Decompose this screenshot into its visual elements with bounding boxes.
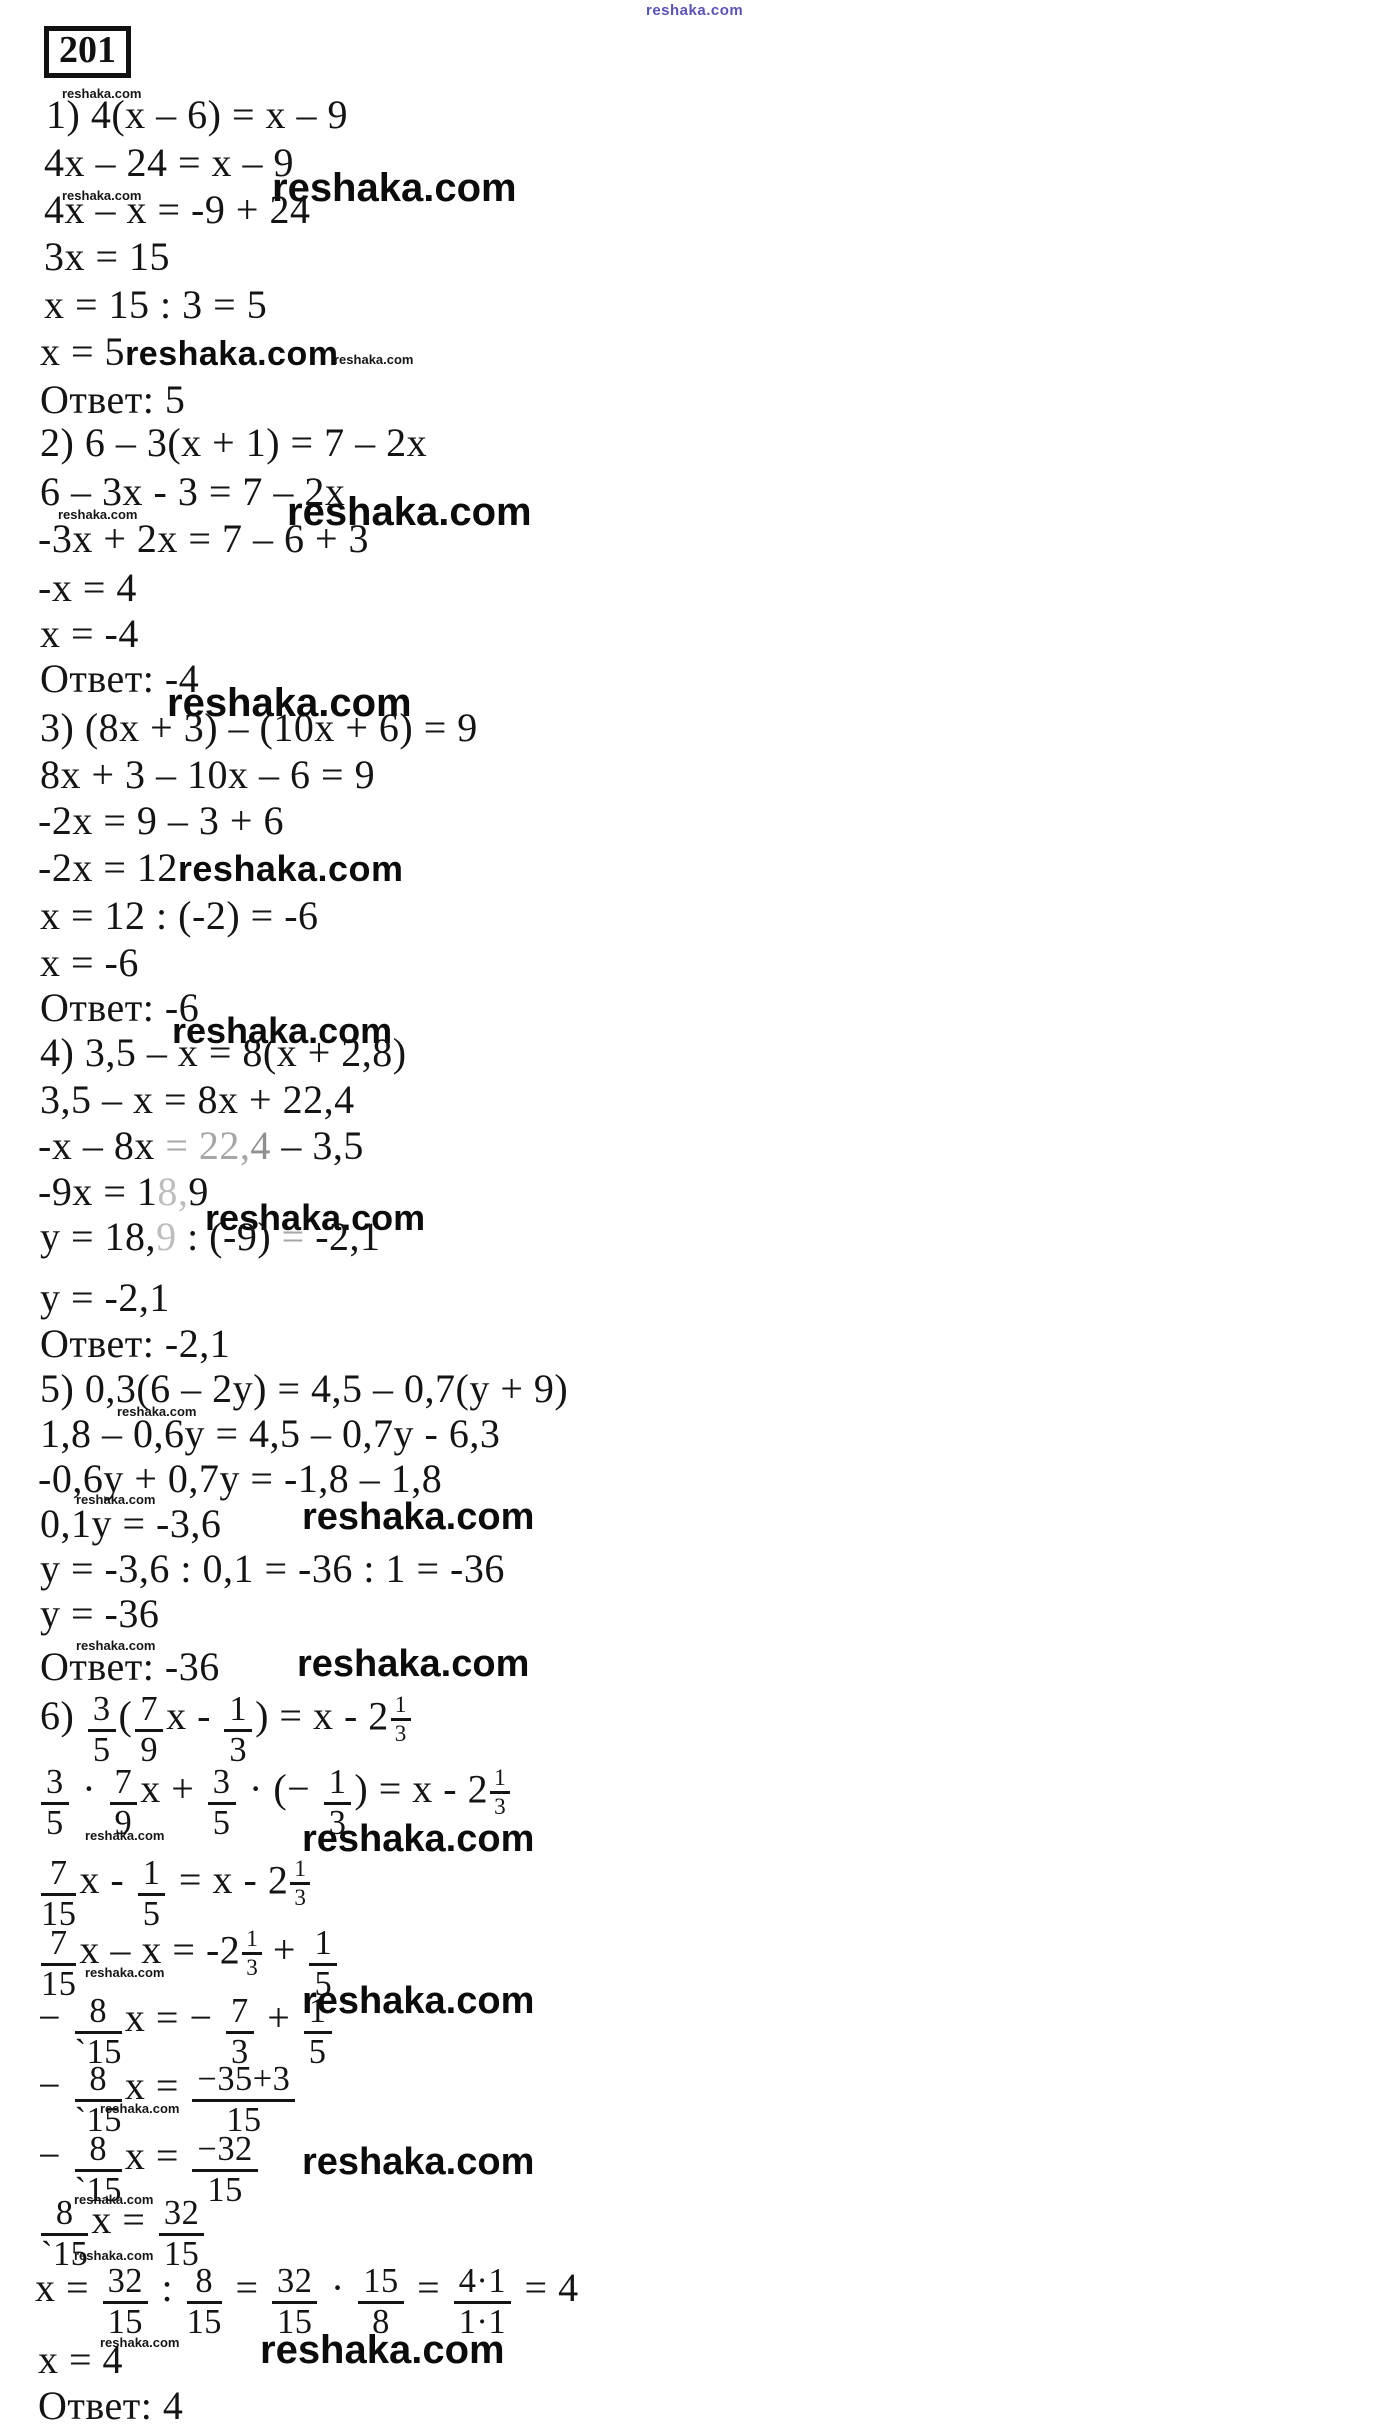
- math-text: 3x = 15: [44, 234, 170, 279]
- math-line: x = 4: [38, 2338, 123, 2381]
- watermark-top: reshaka.com: [646, 2, 743, 19]
- math-text: – 3,5: [271, 1123, 364, 1168]
- math-text: ) = x -: [354, 1766, 467, 1811]
- math-text: 3,5 – x = 8x + 22,4: [40, 1077, 355, 1122]
- watermark-small: reshaka.com: [85, 1828, 165, 1843]
- math-line: − 8`15x = − 73 + 15: [38, 1994, 335, 2071]
- mixed-number: 213: [220, 1927, 263, 1981]
- mixed-number-whole: 2: [220, 1927, 241, 1972]
- math-text: 8x + 3 – 10x – 6 = 9: [40, 752, 375, 797]
- math-text: −: [38, 1995, 72, 2040]
- math-text: =: [407, 2265, 451, 2310]
- document-page: reshaka.com 201 reshaka.com1) 4(x – 6) =…: [0, 0, 1392, 2435]
- math-line: -9x = 18,9: [38, 1170, 209, 1213]
- math-line: 4x – x = -9 + 24: [44, 188, 310, 231]
- math-text: 9: [156, 1214, 177, 1259]
- mixed-number-whole: 2: [468, 1766, 489, 1811]
- fraction: 15: [304, 1994, 332, 2071]
- math-line: x = -6: [40, 941, 139, 984]
- math-text: x = −: [125, 1995, 223, 2040]
- math-line: -3x + 2x = 7 – 6 + 3: [38, 517, 369, 560]
- math-text: 4: [250, 1123, 271, 1168]
- fraction: 35: [41, 1765, 69, 1842]
- math-text: −: [38, 2063, 72, 2108]
- math-text: = x -: [168, 1857, 267, 1902]
- fraction: 13: [224, 1692, 252, 1769]
- math-text: x = 12 : (-2) = -6: [40, 893, 319, 938]
- math-text: =: [225, 2265, 269, 2310]
- math-text: -9x = 1: [38, 1169, 157, 1214]
- math-line: y = -3,6 : 0,1 = -36 : 1 = -36: [40, 1547, 505, 1590]
- math-text: ·: [72, 1766, 107, 1811]
- math-text: -2,1: [305, 1214, 381, 1259]
- math-text: Ответ: 4: [38, 2383, 183, 2428]
- mixed-number: 213: [468, 1766, 511, 1820]
- math-line: -x = 4: [38, 566, 137, 609]
- math-line: 3,5 – x = 8x + 22,4: [40, 1078, 355, 1121]
- math-text: = 22,: [165, 1123, 250, 1168]
- watermark-small: reshaka.com: [334, 352, 414, 367]
- math-text: =: [282, 1214, 305, 1259]
- fraction: 3215: [103, 2264, 148, 2341]
- fraction: 13: [490, 1766, 510, 1820]
- math-line: 8x + 3 – 10x – 6 = 9: [40, 753, 375, 796]
- math-line: -2x = 12reshaka.com: [38, 846, 404, 889]
- math-text: 6): [40, 1693, 85, 1738]
- watermark-bold: reshaka.com: [260, 2330, 505, 2370]
- math-line: 4x – 24 = x – 9: [44, 141, 294, 184]
- math-text: x -: [79, 1857, 134, 1902]
- math-text: Ответ: 5: [40, 377, 185, 422]
- math-line: x = 5reshaka.com: [40, 330, 338, 373]
- math-line: y = -2,1: [40, 1276, 170, 1319]
- fraction: −35+315: [192, 2062, 295, 2139]
- mixed-number: 213: [268, 1857, 311, 1911]
- math-text: -2x = 9 – 3 + 6: [38, 798, 284, 843]
- math-text: 8,: [157, 1169, 188, 1214]
- math-text: · (−: [239, 1766, 321, 1811]
- problem-number-badge: 201: [44, 26, 131, 78]
- mixed-number-whole: 2: [368, 1693, 389, 1738]
- math-text: +: [262, 1927, 306, 1972]
- watermark-small: reshaka.com: [85, 1965, 165, 1980]
- watermark-small: reshaka.com: [74, 2248, 154, 2263]
- math-text: x +: [140, 1766, 205, 1811]
- fraction: 715: [41, 1926, 76, 2003]
- answer-line-6: Ответ: 4: [38, 2384, 183, 2427]
- math-text: 1,8 – 0,6y = 4,5 – 0,7y - 6,3: [40, 1411, 500, 1456]
- math-text: y = -3,6 : 0,1 = -36 : 1 = -36: [40, 1546, 505, 1591]
- math-text: x =: [91, 2197, 156, 2242]
- watermark-bold: reshaka.com: [297, 1645, 529, 1683]
- math-text: Ответ: -2,1: [40, 1321, 230, 1366]
- watermark-bold: reshaka.com: [302, 1498, 534, 1536]
- math-text: 3) (8x + 3) – (10x + 6) = 9: [40, 705, 478, 750]
- math-line: x = -4: [40, 612, 139, 655]
- math-text: -2x = 12: [38, 845, 178, 890]
- math-line-eq6-given: 6) 35(79x - 13) = x - 213: [40, 1692, 411, 1769]
- mixed-number: 213: [368, 1693, 411, 1747]
- math-text: :: [151, 2265, 184, 2310]
- math-text: 0,1y = -3,6: [40, 1501, 221, 1546]
- math-text: : (-9): [177, 1214, 282, 1259]
- fraction: 13: [242, 1927, 262, 1981]
- answer-line-5: Ответ: -36: [40, 1645, 220, 1688]
- math-text: 4x – 24 = x – 9: [44, 140, 294, 185]
- math-text: 2) 6 – 3(x + 1) = 7 – 2x: [40, 420, 427, 465]
- watermark-bold: reshaka.com: [302, 2143, 534, 2181]
- math-text: ·: [320, 2265, 355, 2310]
- math-line-eq2-given: 2) 6 – 3(x + 1) = 7 – 2x: [40, 421, 427, 464]
- fraction: 15: [138, 1856, 166, 1933]
- math-line: x = 12 : (-2) = -6: [40, 894, 319, 937]
- math-text: x = 15 : 3 = 5: [44, 282, 267, 327]
- watermark-inline: reshaka.com: [125, 335, 338, 373]
- math-text: = 4: [514, 2265, 579, 2310]
- math-line: 715x – x = -213 + 15: [38, 1926, 340, 2003]
- watermark-small: reshaka.com: [100, 2101, 180, 2116]
- fraction: 13: [290, 1857, 310, 1911]
- math-line: 0,1y = -3,6: [40, 1502, 221, 1545]
- math-text: 4x – x = -9 + 24: [44, 187, 310, 232]
- math-text: 4) 3,5 – x = 8(x + 2,8): [40, 1030, 407, 1075]
- math-text: y = 18,: [40, 1214, 156, 1259]
- fraction: 815: [187, 2264, 222, 2341]
- math-line-eq1-given: 1) 4(x – 6) = x – 9: [46, 93, 348, 136]
- watermark-bold: reshaka.com: [302, 1820, 534, 1858]
- math-text: x = -6: [40, 940, 139, 985]
- math-text: Ответ: -36: [40, 1644, 220, 1689]
- math-line: -2x = 9 – 3 + 6: [38, 799, 284, 842]
- fraction: 13: [391, 1693, 411, 1747]
- answer-line-1: Ответ: 5: [40, 378, 185, 421]
- math-line: x = 15 : 3 = 5: [44, 283, 267, 326]
- math-text: ) = x -: [255, 1693, 368, 1738]
- math-line-eq4-given: 4) 3,5 – x = 8(x + 2,8): [40, 1031, 407, 1074]
- math-text: -x – 8x: [38, 1123, 165, 1168]
- fraction: 79: [135, 1692, 163, 1769]
- fraction: 35: [88, 1692, 116, 1769]
- fraction: 35: [208, 1765, 236, 1842]
- answer-line-4: Ответ: -2,1: [40, 1322, 230, 1365]
- math-text: -x = 4: [38, 565, 137, 610]
- math-line: y = -36: [40, 1592, 159, 1635]
- math-text: -3x + 2x = 7 – 6 + 3: [38, 516, 369, 561]
- math-text: +: [257, 1995, 301, 2040]
- math-text: x -: [166, 1693, 221, 1738]
- math-text: x =: [125, 2133, 190, 2178]
- math-text: x =: [35, 2265, 100, 2310]
- math-text: (: [119, 1693, 133, 1738]
- math-line: -x – 8x = 22,4 – 3,5: [38, 1124, 364, 1167]
- math-text: −: [38, 2133, 72, 2178]
- math-line: 715x - 15 = x - 213: [38, 1856, 310, 1933]
- math-text: 1) 4(x – 6) = x – 9: [46, 92, 348, 137]
- math-line-eq3-given: 3) (8x + 3) – (10x + 6) = 9: [40, 706, 478, 749]
- math-text: y = -2,1: [40, 1275, 170, 1320]
- math-text: y = -36: [40, 1591, 159, 1636]
- watermark-inline: reshaka.com: [178, 848, 404, 889]
- fraction: 715: [41, 1856, 76, 1933]
- math-text: x = -4: [40, 611, 139, 656]
- math-line: y = 18,9 : (-9) = -2,1: [40, 1215, 381, 1258]
- math-line: 3x = 15: [44, 235, 170, 278]
- math-line: 1,8 – 0,6y = 4,5 – 0,7y - 6,3: [40, 1412, 500, 1455]
- watermark-bold: reshaka.com: [302, 1982, 534, 2020]
- mixed-number-whole: 2: [268, 1857, 289, 1902]
- math-text: x = 5: [40, 329, 125, 374]
- math-text: x = 4: [38, 2337, 123, 2382]
